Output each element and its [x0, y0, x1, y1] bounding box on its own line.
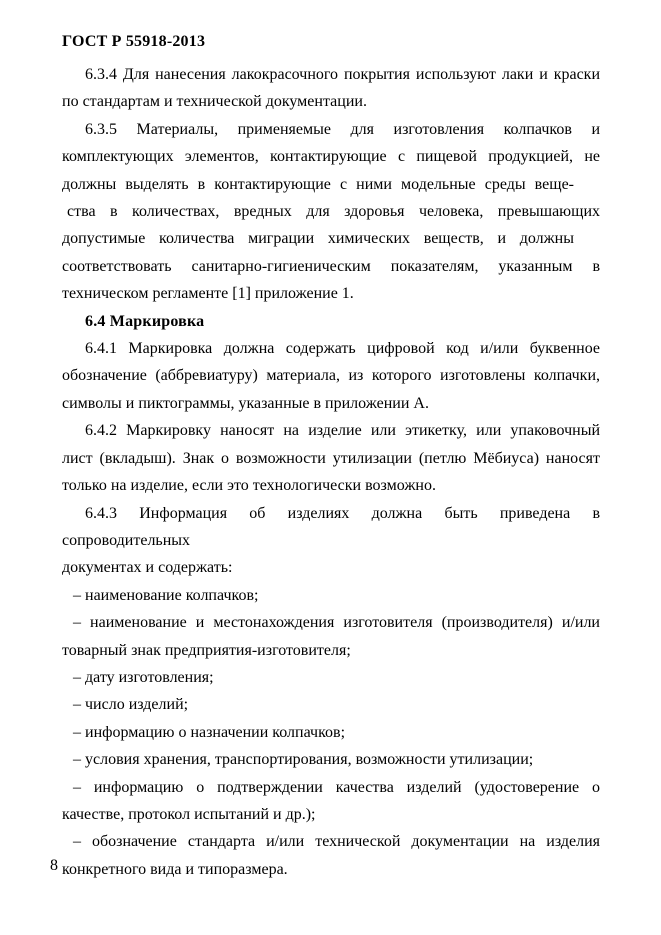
list-item: конкретного вида и типоразмера. [62, 856, 600, 883]
clause-6.4.1-line: 6.4.1 Маркировка должна содержать цифров… [62, 335, 600, 362]
list-item: – наименование и местонахождения изготов… [62, 609, 600, 636]
clause-6.3.5-line: должны выделять в контактирующие с ними … [62, 171, 574, 198]
clause-6.4.2-line: только на изделие, если это технологичес… [62, 472, 600, 499]
clause-6.3.4-line: 6.3.4 Для нанесения лакокрасочного покры… [62, 61, 600, 88]
clause-6.4.3-line: документах и содержать: [62, 554, 600, 581]
list-item: – число изделий; [62, 691, 600, 718]
clause-6.4.2-line: 6.4.2 Маркировку наносят на изделие или … [62, 417, 600, 444]
clause-6.4.2-line: лист (вкладыш). Знак о возможности утили… [62, 445, 600, 472]
clause-6.3.5-line: ства в количествах, вредных для здоровья… [62, 198, 600, 225]
list-item: – обозначение стандарта и/или техническо… [62, 828, 600, 855]
clause-6.4.1-line: символы и пиктограммы, указанные в прило… [62, 390, 600, 417]
section-heading-6.4: 6.4 Маркировка [62, 308, 600, 335]
list-item: – информацию о назначении колпачков; [62, 719, 600, 746]
list-item: товарный знак предприятия-изготовителя; [62, 637, 600, 664]
list-item: – условия хранения, транспортирования, в… [62, 746, 600, 773]
list-item: – информацию о подтверждении качества из… [62, 774, 600, 801]
list-item: качестве, протокол испытаний и др.); [62, 801, 600, 828]
clause-6.3.5-line: техническом регламенте [1] приложение 1. [62, 280, 600, 307]
clause-6.3.5-line: допустимые количества миграции химически… [62, 225, 574, 252]
clause-6.4.1-line: обозначение (аббревиатуру) материала, из… [62, 362, 600, 389]
page-number: 8 [50, 856, 58, 876]
list-item: – дату изготовления; [62, 664, 600, 691]
list-item: – наименование колпачков; [62, 582, 600, 609]
document-body: 6.3.4 Для нанесения лакокрасочного покры… [62, 61, 600, 883]
document-code: ГОСТ Р 55918-2013 [62, 32, 205, 52]
clause-6.3.5-line: комплектующих элементов, контактирующие … [62, 143, 600, 170]
clause-6.3.5-line: соответствовать санитарно-гигиеническим … [62, 253, 600, 280]
clause-6.3.5-line: 6.3.5 Материалы, применяемые для изготов… [62, 116, 600, 143]
clause-6.4.3-line: 6.4.3 Информация об изделиях должна быть… [62, 500, 600, 555]
document-page: ГОСТ Р 55918-2013 6.3.4 Для нанесения ла… [0, 0, 661, 935]
clause-6.3.4-line: по стандартам и технической документации… [62, 88, 600, 115]
